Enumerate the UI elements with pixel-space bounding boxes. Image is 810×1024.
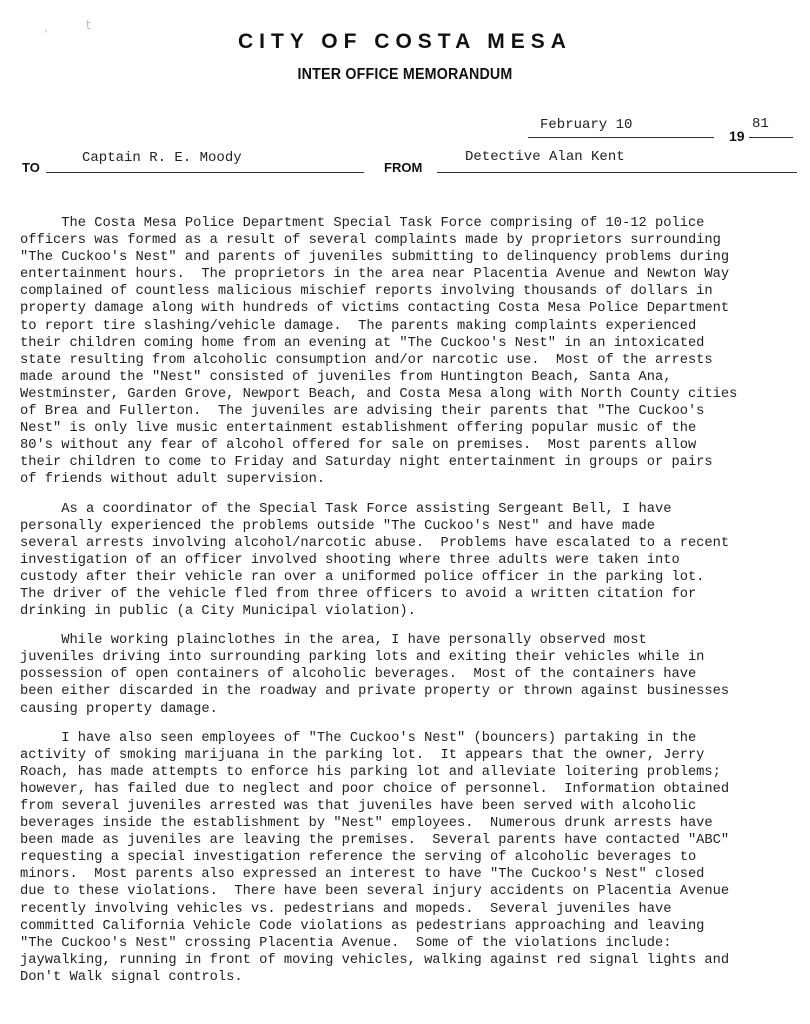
text-line: drinking in public (a City Municipal vio…	[20, 603, 790, 620]
text-line: requesting a special investigation refer…	[20, 849, 790, 866]
text-line: complained of countless malicious mischi…	[20, 283, 790, 300]
organization-title: CITY OF COSTA MESA	[0, 30, 810, 54]
text-line: The Costa Mesa Police Department Special…	[20, 215, 790, 232]
memo-body: The Costa Mesa Police Department Special…	[20, 215, 810, 986]
text-line: "The Cuckoo's Nest" crossing Placentia A…	[20, 935, 790, 952]
text-line: due to these violations. There have been…	[20, 883, 790, 900]
text-line: investigation of an officer involved sho…	[20, 552, 790, 569]
paragraph-coordinator: As a coordinator of the Special Task For…	[20, 501, 810, 621]
text-line: beverages inside the establishment by "N…	[20, 815, 790, 832]
text-line: of friends without adult supervision.	[20, 471, 790, 488]
text-line: Westminster, Garden Grove, Newport Beach…	[20, 386, 790, 403]
text-line: "The Cuckoo's Nest" and parents of juven…	[20, 249, 790, 266]
document-type-heading: INTER OFFICE MEMORANDUM	[32, 66, 777, 84]
text-line: their children to come to Friday and Sat…	[20, 454, 790, 471]
text-line: minors. Most parents also expressed an i…	[20, 866, 790, 883]
from-underline	[437, 172, 797, 173]
text-line: As a coordinator of the Special Task For…	[20, 501, 790, 518]
text-line: entertainment hours. The proprietors in …	[20, 266, 790, 283]
text-line: personally experienced the problems outs…	[20, 518, 790, 535]
text-line: Don't Walk signal controls.	[20, 969, 790, 986]
text-line: recently involving vehicles vs. pedestri…	[20, 901, 790, 918]
to-field: Captain R. E. Moody	[82, 150, 242, 166]
text-line: made around the "Nest" consisted of juve…	[20, 369, 790, 386]
text-line: custody after their vehicle ran over a u…	[20, 569, 790, 586]
text-line: I have also seen employees of "The Cucko…	[20, 730, 790, 747]
text-line: officers was formed as a result of sever…	[20, 232, 790, 249]
text-line: committed California Vehicle Code violat…	[20, 918, 790, 935]
year-field: 81	[752, 116, 769, 132]
to-underline	[46, 172, 364, 173]
text-line: While working plainclothes in the area, …	[20, 632, 790, 649]
paragraph-plainclothes: While working plainclothes in the area, …	[20, 632, 810, 717]
text-line: possession of open containers of alcohol…	[20, 666, 790, 683]
text-line: been either discarded in the roadway and…	[20, 683, 790, 700]
text-line: jaywalking, running in front of moving v…	[20, 952, 790, 969]
text-line: several arrests involving alcohol/narcot…	[20, 535, 790, 552]
text-line: causing property damage.	[20, 701, 790, 718]
text-line: state resulting from alcoholic consumpti…	[20, 352, 790, 369]
text-line: their children coming home from an eveni…	[20, 335, 790, 352]
text-line: of Brea and Fullerton. The juveniles are…	[20, 403, 790, 420]
text-line: from several juveniles arrested was that…	[20, 798, 790, 815]
date-underline	[528, 137, 714, 138]
text-line: to report tire slashing/vehicle damage. …	[20, 318, 790, 335]
date-field: February 10	[540, 117, 632, 133]
text-line: however, has failed due to neglect and p…	[20, 781, 790, 798]
text-line: juveniles driving into surrounding parki…	[20, 649, 790, 666]
year-prefix-label: 19	[729, 128, 745, 144]
text-line: Roach, has made attempts to enforce his …	[20, 764, 790, 781]
from-label: FROM	[384, 160, 422, 175]
text-line: Nest" is only live music entertainment e…	[20, 420, 790, 437]
paragraph-employees: I have also seen employees of "The Cucko…	[20, 730, 810, 986]
text-line: The driver of the vehicle fled from thre…	[20, 586, 790, 603]
text-line: been made as juveniles are leaving the p…	[20, 832, 790, 849]
to-label: TO	[22, 160, 40, 175]
paragraph-task-force: The Costa Mesa Police Department Special…	[20, 215, 810, 489]
text-line: property damage along with hundreds of v…	[20, 300, 790, 317]
text-line: activity of smoking marijuana in the par…	[20, 747, 790, 764]
from-field: Detective Alan Kent	[465, 149, 625, 165]
year-underline	[749, 137, 793, 138]
text-line: 80's without any fear of alcohol offered…	[20, 437, 790, 454]
